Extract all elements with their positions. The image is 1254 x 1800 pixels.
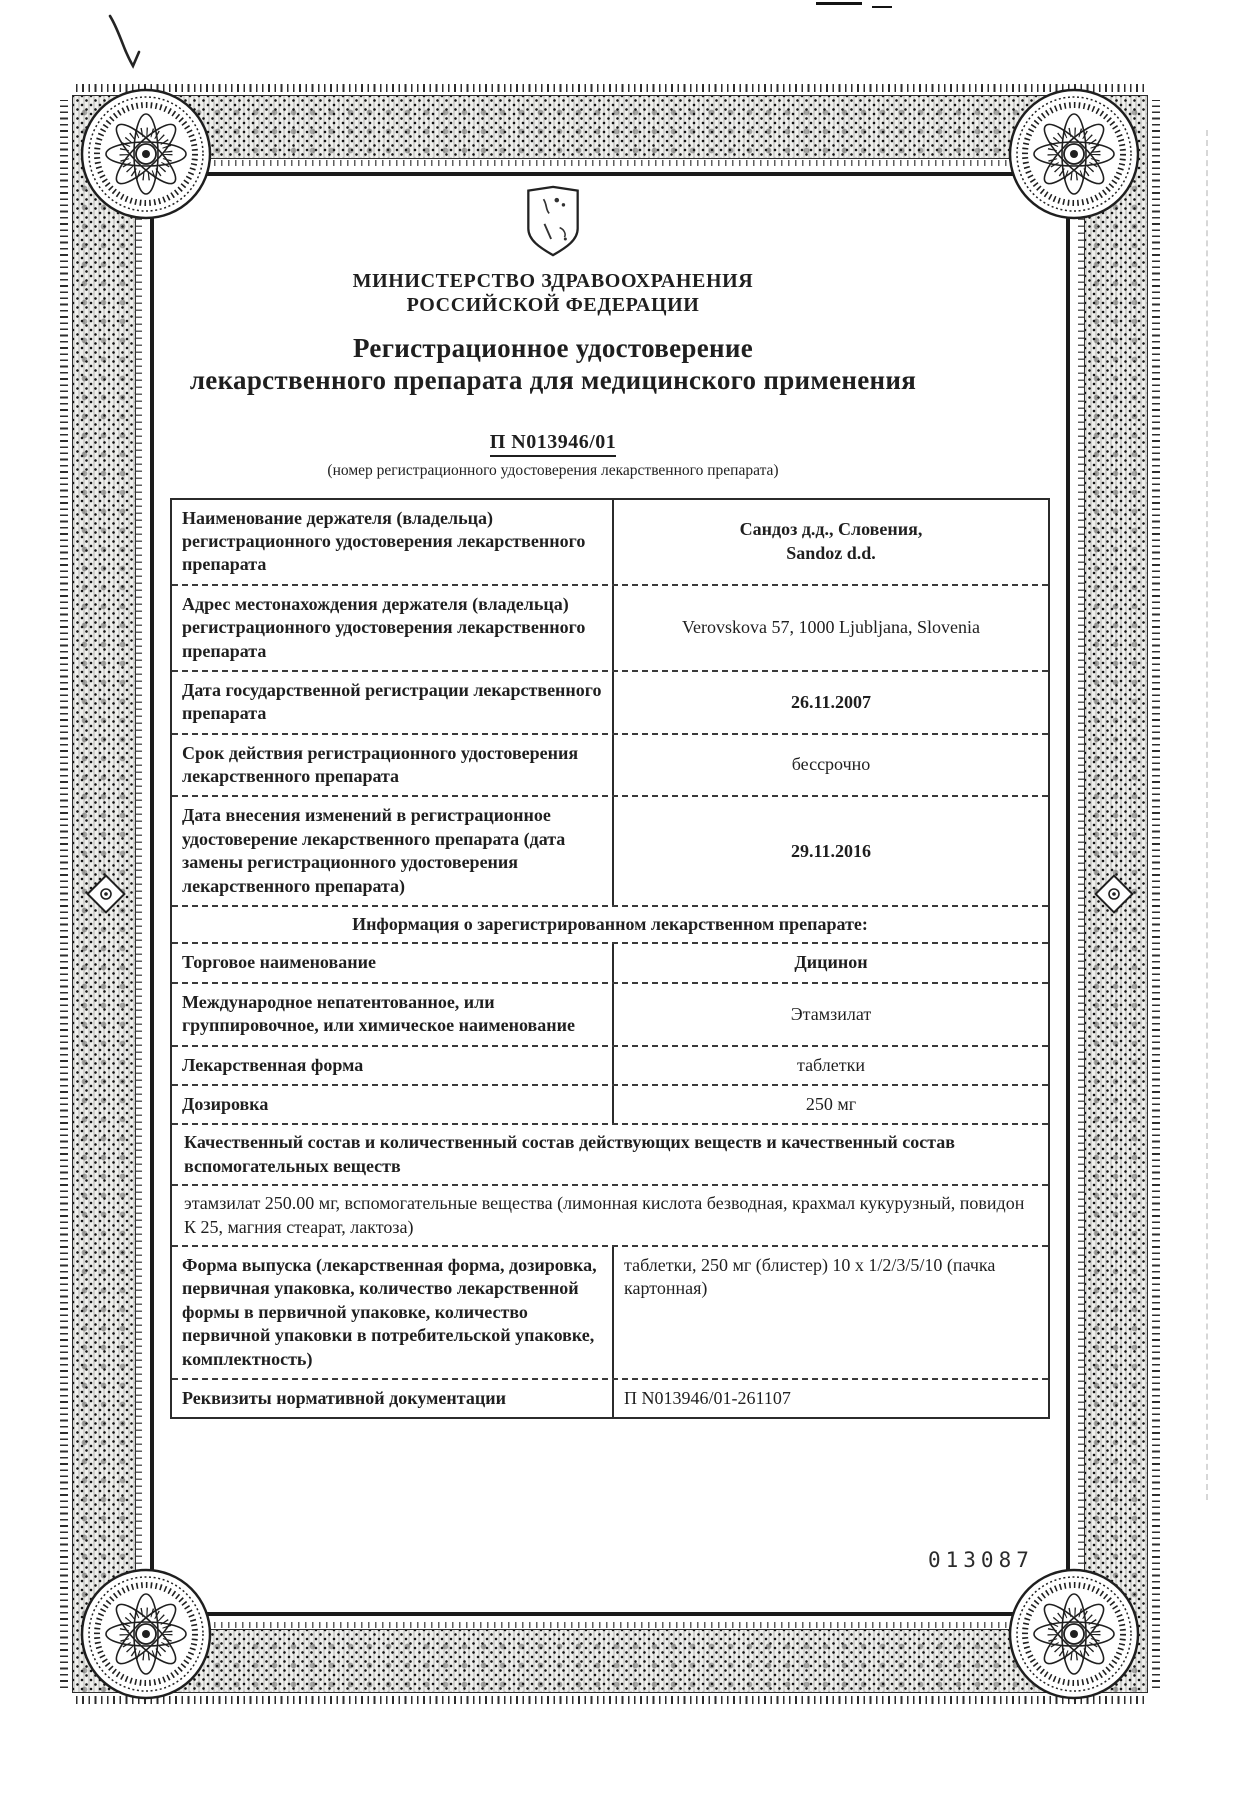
section-header: Информация о зарегистрированном лекарств… <box>172 907 1048 942</box>
row-label: Наименование держателя (владельца) регис… <box>172 500 614 584</box>
border-fringe-right <box>1078 168 1084 1620</box>
scan-page-edge <box>1206 130 1208 1500</box>
row-value: Verovskova 57, 1000 Ljubljana, Slovenia <box>614 586 1048 670</box>
table-row: Дозировка 250 мг <box>172 1084 1048 1123</box>
ministry-name-line2: РОССИЙСКОЙ ФЕДЕРАЦИИ <box>168 293 938 317</box>
row-value: 250 мг <box>614 1086 1048 1123</box>
certificate-content: МИНИСТЕРСТВО ЗДРАВООХРАНЕНИЯ РОССИЙСКОЙ … <box>158 180 1058 1419</box>
registration-number-caption: (номер регистрационного удостоверения ле… <box>168 462 938 480</box>
border-teeth-top <box>76 84 1144 92</box>
table-row: Дата государственной регистрации лекарст… <box>172 670 1048 733</box>
row-label: Адрес местонахождения держателя (владель… <box>172 586 614 670</box>
row-label: Лекарственная форма <box>172 1047 614 1084</box>
document-title-line2: лекарственного препарата для медицинског… <box>168 364 938 396</box>
certificate-header: МИНИСТЕРСТВО ЗДРАВООХРАНЕНИЯ РОССИЙСКОЙ … <box>168 180 938 480</box>
table-span-row: этамзилат 250.00 мг, вспомогательные вещ… <box>172 1184 1048 1245</box>
coat-of-arms-icon <box>522 184 584 258</box>
ministry-name-line1: МИНИСТЕРСТВО ЗДРАВООХРАНЕНИЯ <box>168 269 938 293</box>
row-value: П N013946/01-261107 <box>614 1380 1048 1417</box>
border-lace-bottom <box>72 1629 1148 1693</box>
row-label: Дата внесения изменений в регистрационно… <box>172 797 614 905</box>
table-row: Наименование держателя (владельца) регис… <box>172 500 1048 584</box>
border-fringe-top <box>144 160 1076 166</box>
row-value: таблетки, 250 мг (блистер) 10 х 1/2/3/5/… <box>614 1247 1048 1378</box>
table-section-row: Информация о зарегистрированном лекарств… <box>172 905 1048 942</box>
border-teeth-bottom <box>76 1696 1144 1704</box>
table-row: Адрес местонахождения держателя (владель… <box>172 584 1048 670</box>
border-fringe-bottom <box>144 1622 1076 1628</box>
registration-table: Наименование держателя (владельца) регис… <box>170 498 1050 1420</box>
composition-heading: Качественный состав и количественный сос… <box>172 1125 1048 1184</box>
side-medallion-icon <box>1094 874 1134 914</box>
row-value: Сандоз д.д., Словения, Sandoz d.d. <box>614 500 1048 584</box>
border-teeth-left <box>60 100 68 1688</box>
row-value: 29.11.2016 <box>614 797 1048 905</box>
scan-dash-mark <box>872 6 892 8</box>
corner-rosette-icon <box>998 1558 1150 1710</box>
corner-rosette-icon <box>70 1558 222 1710</box>
border-fringe-left <box>136 168 142 1620</box>
handwritten-checkmark <box>102 12 150 74</box>
row-value: 26.11.2007 <box>614 672 1048 733</box>
row-label: Дата государственной регистрации лекарст… <box>172 672 614 733</box>
table-row: Дата внесения изменений в регистрационно… <box>172 795 1048 905</box>
side-medallion-icon <box>86 874 126 914</box>
row-label: Международное непатентованное, или групп… <box>172 984 614 1045</box>
table-span-row: Качественный состав и количественный сос… <box>172 1123 1048 1184</box>
table-row: Торговое наименование Дицинон <box>172 942 1048 981</box>
composition-detail: этамзилат 250.00 мг, вспомогательные вещ… <box>172 1186 1048 1245</box>
row-value: Этамзилат <box>614 984 1048 1045</box>
scan-dash-mark <box>816 2 862 5</box>
row-value: бессрочно <box>614 735 1048 796</box>
table-row: Срок действия регистрационного удостовер… <box>172 733 1048 796</box>
document-title-line1: Регистрационное удостоверение <box>168 332 938 364</box>
row-label: Реквизиты нормативной документации <box>172 1380 614 1417</box>
table-row: Международное непатентованное, или групп… <box>172 982 1048 1045</box>
row-label: Дозировка <box>172 1086 614 1123</box>
table-row: Реквизиты нормативной документации П N01… <box>172 1378 1048 1417</box>
border-lace-top <box>72 95 1148 159</box>
row-label: Срок действия регистрационного удостовер… <box>172 735 614 796</box>
serial-number: 013087 <box>928 1548 1034 1572</box>
registration-number: П N013946/01 <box>490 431 617 457</box>
table-row: Лекарственная форма таблетки <box>172 1045 1048 1084</box>
table-row: Форма выпуска (лекарственная форма, дози… <box>172 1245 1048 1378</box>
row-value: таблетки <box>614 1047 1048 1084</box>
row-label: Торговое наименование <box>172 944 614 981</box>
row-label: Форма выпуска (лекарственная форма, дози… <box>172 1247 614 1378</box>
border-teeth-right <box>1152 100 1160 1688</box>
scanned-certificate-document: { "document": { "ministry_line1": "МИНИС… <box>0 0 1254 1800</box>
row-value: Дицинон <box>614 944 1048 981</box>
